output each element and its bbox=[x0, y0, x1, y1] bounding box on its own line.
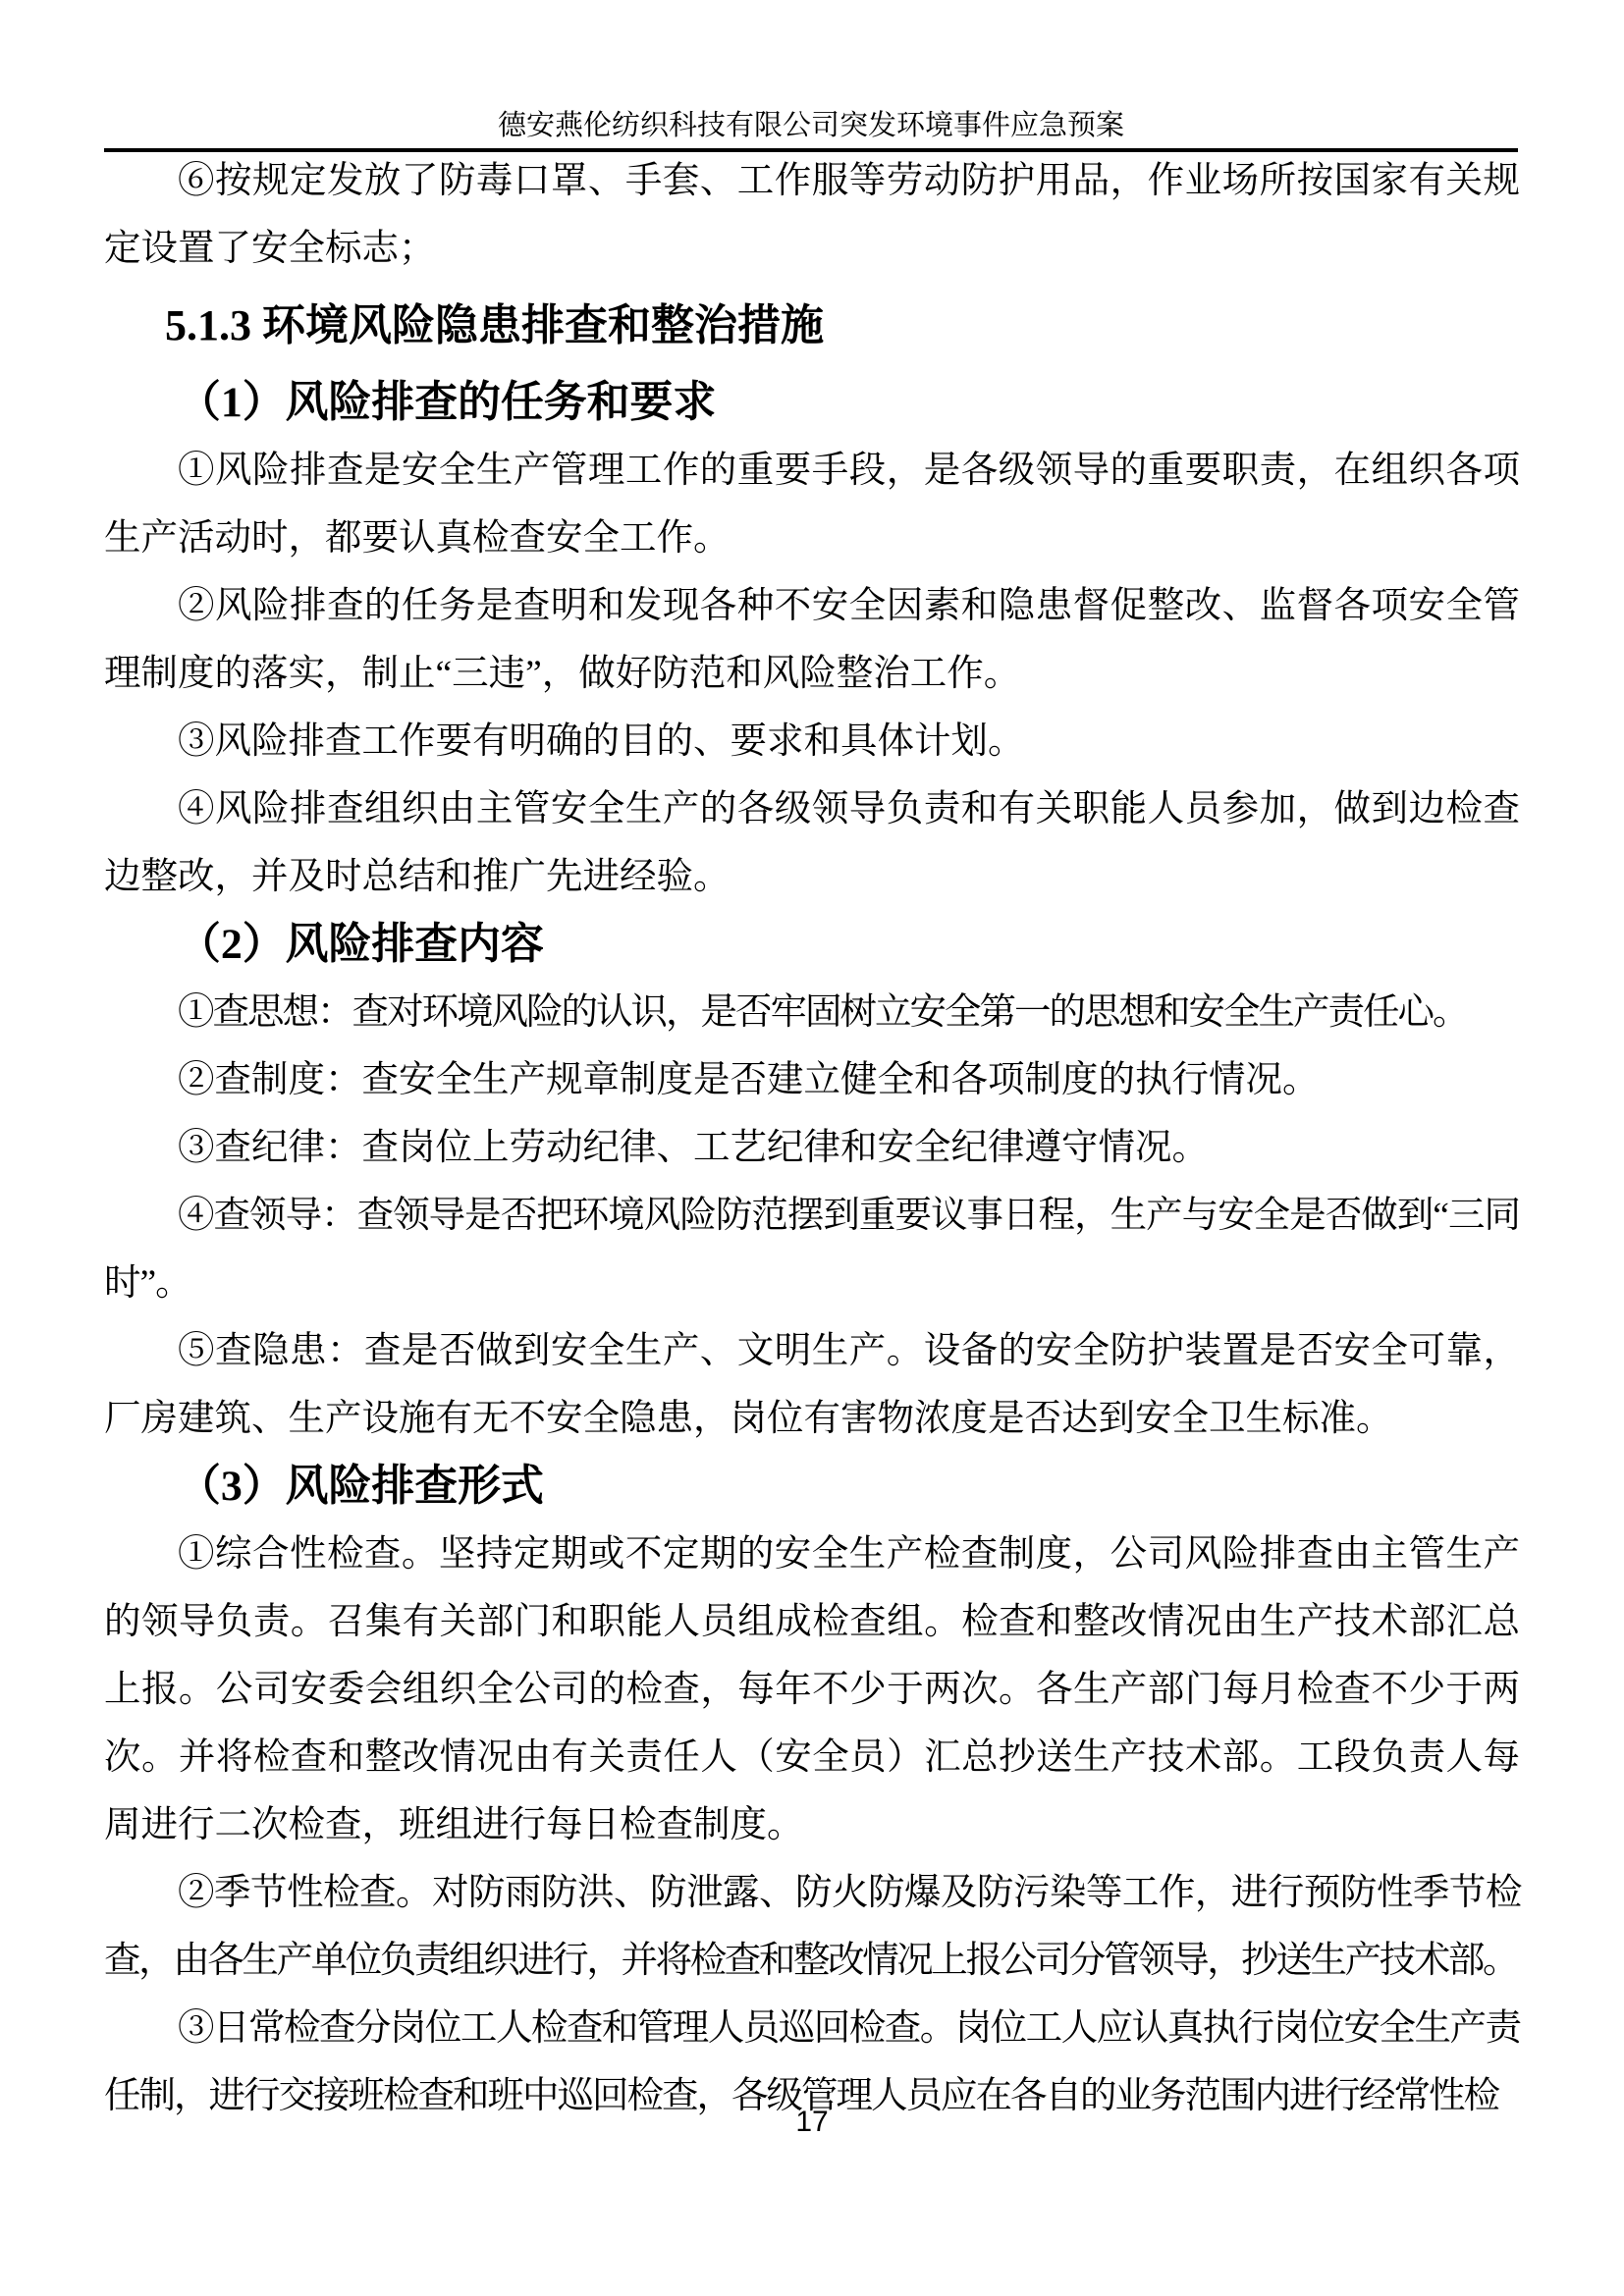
paragraph-task-4: ④风险排查组织由主管安全生产的各级领导负责和有关职能人员参加，做到边检查边整改，… bbox=[104, 775, 1520, 911]
paragraph-labor-protection: ⑥按规定发放了防毒口罩、手套、工作服等劳动防护用品，作业场所按国家有关规定设置了… bbox=[104, 147, 1520, 283]
page-number: 17 bbox=[795, 2106, 828, 2138]
subsection-heading-2: （2）风险排查内容 bbox=[104, 911, 1520, 979]
paragraph-check-leadership: ④查领导：查领导是否把环境风险防范摆到重要议事日程，生产与安全是否做到“三同时”… bbox=[104, 1182, 1520, 1317]
paragraph-check-thought: ①查思想：查对环境风险的认识，是否牢固树立安全第一的思想和安全生产责任心。 bbox=[104, 979, 1520, 1046]
paragraph-task-1: ①风险排查是安全生产管理工作的重要手段，是各级领导的重要职责，在组织各项生产活动… bbox=[104, 437, 1520, 572]
paragraph-check-discipline: ③查纪律：查岗位上劳动纪律、工艺纪律和安全纪律遵守情况。 bbox=[104, 1114, 1520, 1182]
header-title: 德安燕伦纺织科技有限公司突发环境事件应急预案 bbox=[498, 110, 1124, 141]
paragraph-comprehensive-inspection: ①综合性检查。坚持定期或不定期的安全生产检查制度，公司风险排查由主管生产的领导负… bbox=[104, 1521, 1520, 1859]
subsection-heading-1: （1）风险排查的任务和要求 bbox=[104, 369, 1520, 437]
paragraph-seasonal-inspection: ②季节性检查。对防雨防洪、防泄露、防火防爆及防污染等工作，进行预防性季节检查，由… bbox=[104, 1859, 1520, 1995]
document-page: 德安燕伦纺织科技有限公司突发环境事件应急预案 ⑥按规定发放了防毒口罩、手套、工作… bbox=[0, 0, 1624, 2296]
subsection-heading-3: （3）风险排查形式 bbox=[104, 1453, 1520, 1521]
page-footer: 17 bbox=[0, 2103, 1624, 2142]
page-header: 德安燕伦纺织科技有限公司突发环境事件应急预案 bbox=[104, 108, 1518, 152]
section-heading-5-1-3: 5.1.3 环境风险隐患排查和整治措施 bbox=[104, 283, 1520, 369]
document-body: ⑥按规定发放了防毒口罩、手套、工作服等劳动防护用品，作业场所按国家有关规定设置了… bbox=[104, 147, 1520, 2130]
paragraph-check-hazard: ⑤查隐患：查是否做到安全生产、文明生产。设备的安全防护装置是否安全可靠，厂房建筑… bbox=[104, 1317, 1520, 1453]
paragraph-check-system: ②查制度：查安全生产规章制度是否建立健全和各项制度的执行情况。 bbox=[104, 1046, 1520, 1114]
paragraph-task-3: ③风险排查工作要有明确的目的、要求和具体计划。 bbox=[104, 708, 1520, 775]
paragraph-task-2: ②风险排查的任务是查明和发现各种不安全因素和隐患督促整改、监督各项安全管理制度的… bbox=[104, 572, 1520, 708]
